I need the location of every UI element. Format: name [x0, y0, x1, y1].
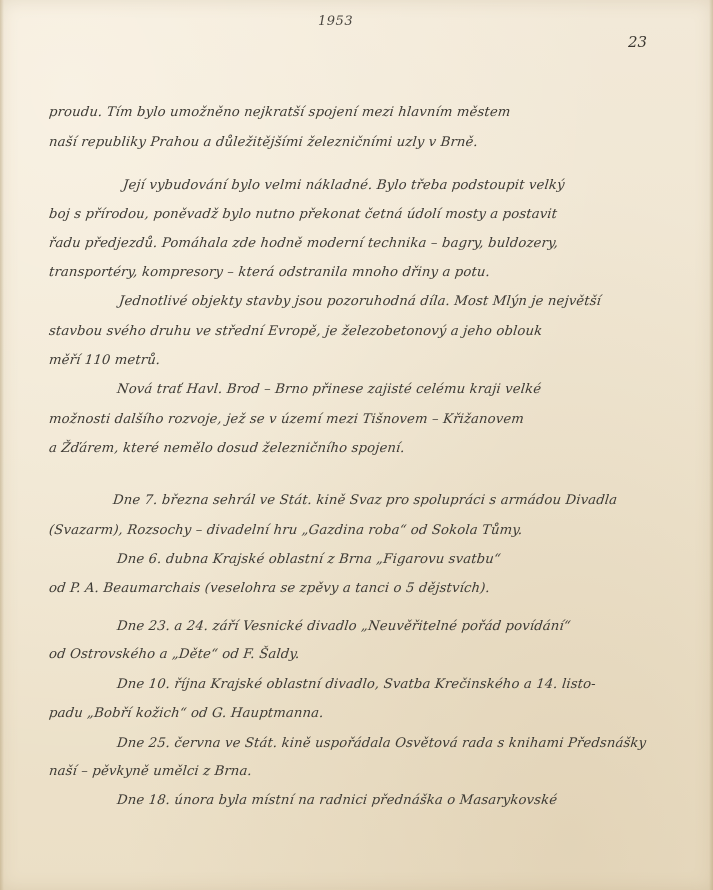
text-line: Dne 18. února byla místní na radnici pře… [116, 792, 558, 810]
text-line: od Ostrovského a „Děte“ od F. Šaldy. [48, 646, 300, 664]
text-line: měří 110 metrů. [48, 352, 161, 370]
text-line: (Svazarm), Rozsochy – divadelní hru „Gaz… [48, 522, 523, 540]
text-line: Dne 25. června ve Stát. kině uspořádala … [116, 735, 647, 753]
text-line: padu „Bobří kožich“ od G. Hauptmanna. [48, 705, 324, 723]
text-line: Její vybudování bylo velmi nákladné. Byl… [122, 177, 565, 195]
text-line: naší – pěvkyně umělci z Brna. [48, 763, 253, 781]
text-line: Dne 10. října Krajské oblastní divadlo, … [116, 676, 597, 694]
text-line: transportéry, kompresory – která odstran… [48, 264, 491, 282]
text-line: Dne 7. března sehrál ve Stát. kině Svaz … [112, 492, 618, 510]
text-line: možnosti dalšího rozvoje, jež se v území… [48, 411, 525, 429]
page-year-header: 1953 [318, 14, 353, 29]
text-line: a Žďárem, které nemělo dosud železničníh… [48, 440, 406, 458]
page-number: 23 [628, 33, 647, 51]
text-line: proudu. Tím bylo umožněno nejkratší spoj… [48, 104, 511, 122]
text-line: Nová trať Havl. Brod – Brno přinese zaji… [116, 381, 542, 399]
text-line: stavbou svého druhu ve střední Evropě, j… [48, 323, 543, 341]
text-line: Dne 23. a 24. září Vesnické divadlo „Neu… [116, 618, 572, 636]
page-right-edge [709, 0, 713, 890]
text-line: boj s přírodou, poněvadž bylo nutno přek… [48, 206, 558, 224]
text-line: naší republiky Prahou a důležitějšími že… [48, 134, 479, 152]
text-line: Jednotlivé objekty stavby jsou pozoruhod… [118, 293, 602, 311]
text-line: Dne 6. dubna Krajské oblastní z Brna „Fi… [116, 551, 502, 569]
chronicle-page: 1953 23 proudu. Tím bylo umožněno nejkra… [0, 0, 713, 890]
page-left-edge [0, 0, 4, 890]
text-line: od P. A. Beaumarchais (veselohra se zpěv… [48, 580, 491, 598]
text-line: řadu předjezdů. Pomáhala zde hodně moder… [48, 235, 559, 253]
